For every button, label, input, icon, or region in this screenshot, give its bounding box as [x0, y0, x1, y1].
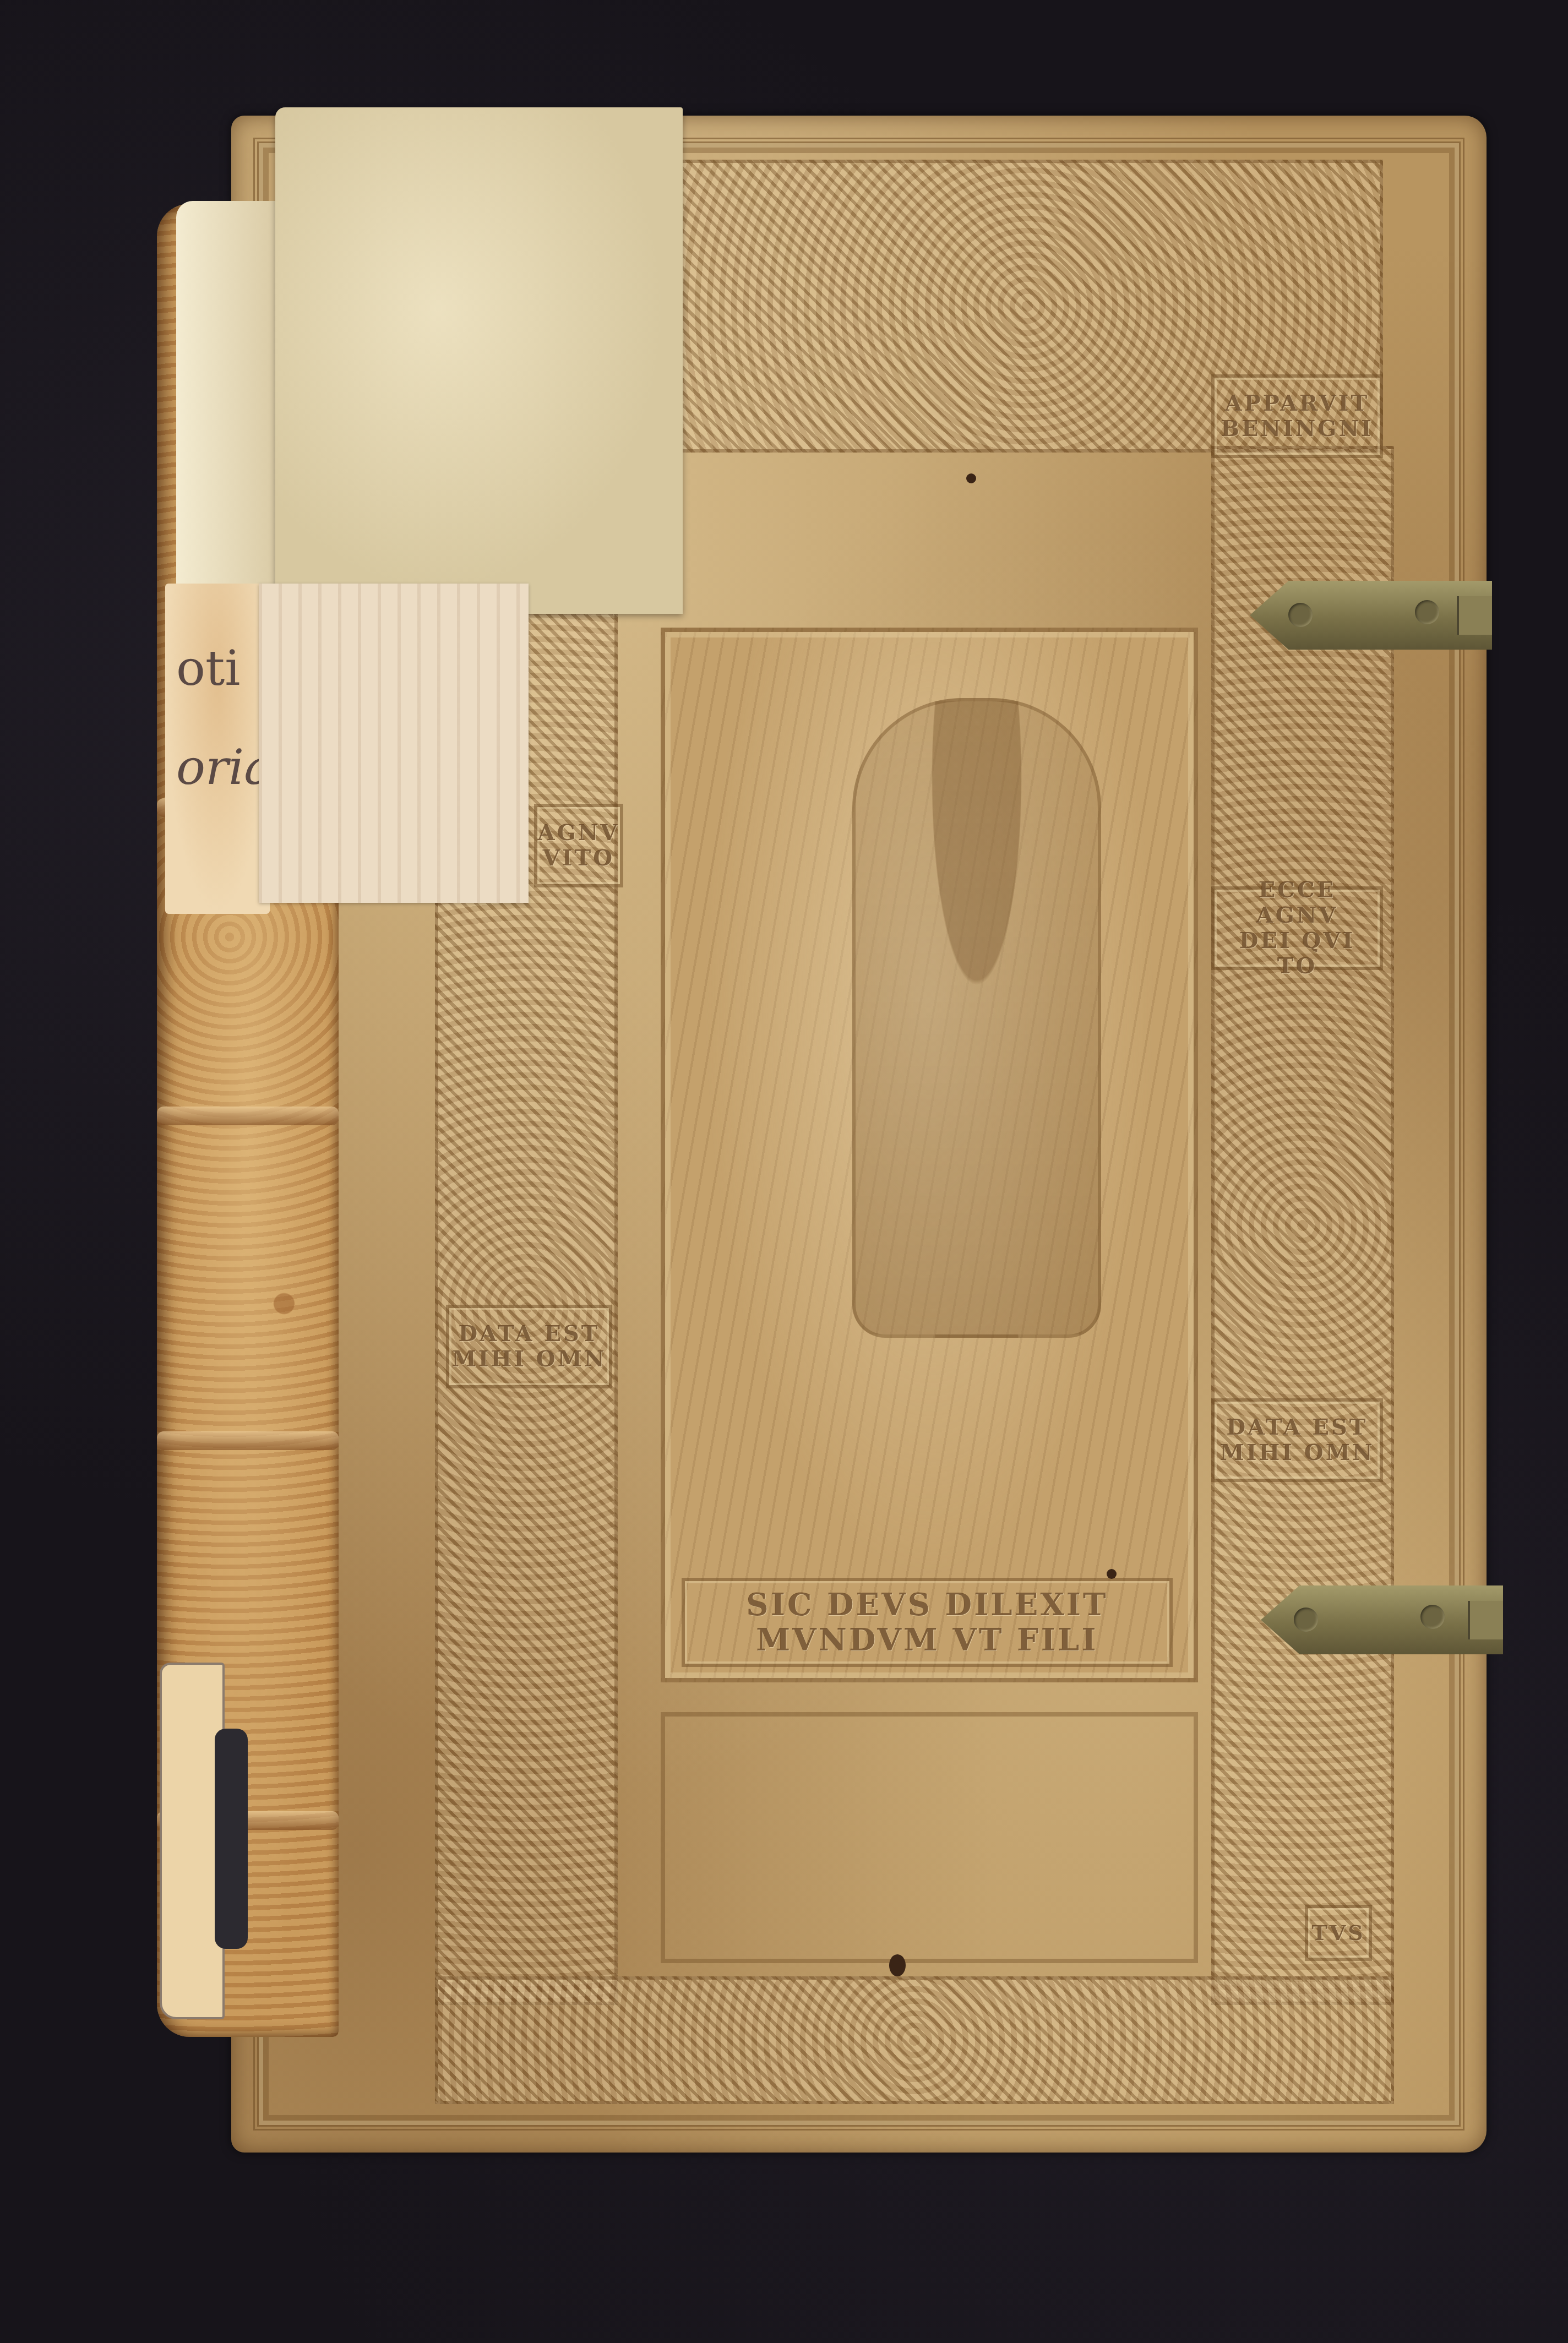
right-roll-border	[1211, 446, 1394, 2005]
paper-patch	[259, 584, 529, 903]
rivet-icon	[1294, 1608, 1318, 1632]
worm-hole	[1107, 1569, 1117, 1579]
vellum-cover-repair	[275, 107, 683, 614]
inscription-left-upper: AGNV VITO	[534, 804, 623, 887]
clasp-hook-icon	[1457, 596, 1492, 635]
rivet-icon	[1415, 600, 1439, 624]
inscription-center: SIC DEVS DILEXIT MVNDVM VT FILI	[682, 1578, 1173, 1667]
spine-dark-stain	[215, 1729, 248, 1949]
central-panel: SIC DEVS DILEXIT MVNDVM VT FILI	[661, 628, 1198, 1682]
inscription-line: MIHI OMN	[1215, 1440, 1380, 1465]
lower-clasp[interactable]	[1261, 1585, 1503, 1654]
worm-hole	[889, 1954, 906, 1976]
spine-label-line-2: oriæ	[176, 743, 270, 792]
inscription-line: APPARVIT	[1215, 391, 1380, 416]
rivet-icon	[1288, 603, 1313, 627]
inscription-line: DATA EST	[449, 1321, 609, 1347]
inscription-right-lower: DATA EST MIHI OMN	[1211, 1398, 1383, 1482]
rivet-icon	[1420, 1605, 1445, 1629]
inscription-right-upper: ECCE AGNV DEI QVI TO	[1211, 886, 1383, 970]
inscription-line: SIC DEVS DILEXIT	[685, 1587, 1169, 1622]
spine-title-label: oti oriæ	[165, 584, 270, 914]
spine-raised-band	[157, 1431, 339, 1450]
spine-raised-band	[157, 1107, 339, 1125]
inscription-line: MIHI OMN	[449, 1347, 609, 1372]
inscription-line: MVNDVM VT FILI	[685, 1622, 1169, 1658]
bottom-roll-border	[435, 1976, 1394, 2104]
lower-fillet-panel	[661, 1712, 1198, 1963]
inscription-line: DATA EST	[1215, 1415, 1380, 1440]
inscription-bottom-right: TVS	[1305, 1905, 1372, 1961]
inscription-line: TVS	[1308, 1921, 1369, 1945]
inscription-line: AGNV	[537, 820, 620, 846]
clasp-hook-icon	[1468, 1601, 1503, 1639]
worm-hole	[966, 473, 976, 483]
inscription-line: BENINGNI	[1215, 416, 1380, 442]
standing-figure-emblem	[852, 698, 1101, 1338]
inscription-line: VITO	[537, 846, 620, 871]
inscription-line: DEI QVI TO	[1215, 928, 1380, 979]
spine-label-line-1: oti	[176, 644, 270, 693]
inscription-line: ECCE AGNV	[1215, 878, 1380, 928]
inscription-top-right: APPARVIT BENINGNI	[1211, 374, 1383, 458]
upper-clasp[interactable]	[1250, 581, 1492, 650]
vellum-spine-repair	[176, 201, 286, 597]
inscription-left-lower: DATA EST MIHI OMN	[446, 1305, 612, 1388]
